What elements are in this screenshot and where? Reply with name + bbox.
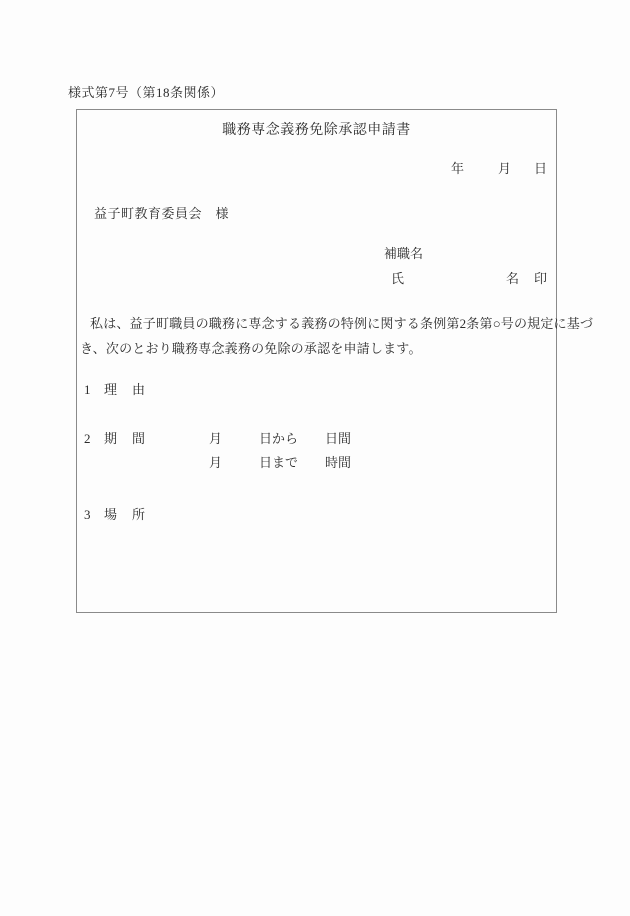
name-surname-label: 氏 (391, 272, 404, 285)
item1-reason-label: 理 由 (104, 383, 146, 396)
document-page: 様式第7号（第18条関係） 職務専念義務免除承認申請書 年 月 日 益子町教育委… (0, 0, 630, 916)
form-title: 職務専念義務免除承認申請書 (77, 119, 556, 139)
name-given-label: 名 (506, 272, 519, 285)
seal-label: 印 (534, 272, 547, 285)
period-from-month-label: 月 (209, 432, 222, 445)
body-paragraph-line1: 私は、益子町職員の職務に専念する義務の特例に関する条例第2条第○号の規定に基づ (80, 317, 556, 330)
item3-number: 3 (84, 508, 91, 521)
date-month-label: 月 (498, 162, 511, 175)
item3-place-label: 場 所 (104, 508, 146, 521)
application-form-box: 職務専念義務免除承認申請書 年 月 日 益子町教育委員会 様 補職名 氏 名 印… (76, 109, 557, 613)
period-from-day-label: 日から (259, 432, 298, 445)
position-title-label: 補職名 (384, 247, 423, 260)
date-year-label: 年 (451, 162, 464, 175)
form-number-label: 様式第7号（第18条関係） (68, 82, 224, 101)
item1-number: 1 (84, 383, 91, 396)
item2-period-label: 期 間 (104, 432, 146, 445)
period-days-unit-label: 日間 (325, 432, 351, 445)
period-hours-unit-label: 時間 (325, 456, 351, 469)
period-to-day-label: 日まで (259, 456, 298, 469)
body-paragraph-line2: き、次のとおり職務専念義務の免除の承認を申請します。 (80, 342, 556, 355)
period-to-month-label: 月 (209, 456, 222, 469)
date-day-label: 日 (534, 162, 547, 175)
addressee: 益子町教育委員会 様 (94, 207, 229, 220)
item2-number: 2 (84, 432, 91, 445)
